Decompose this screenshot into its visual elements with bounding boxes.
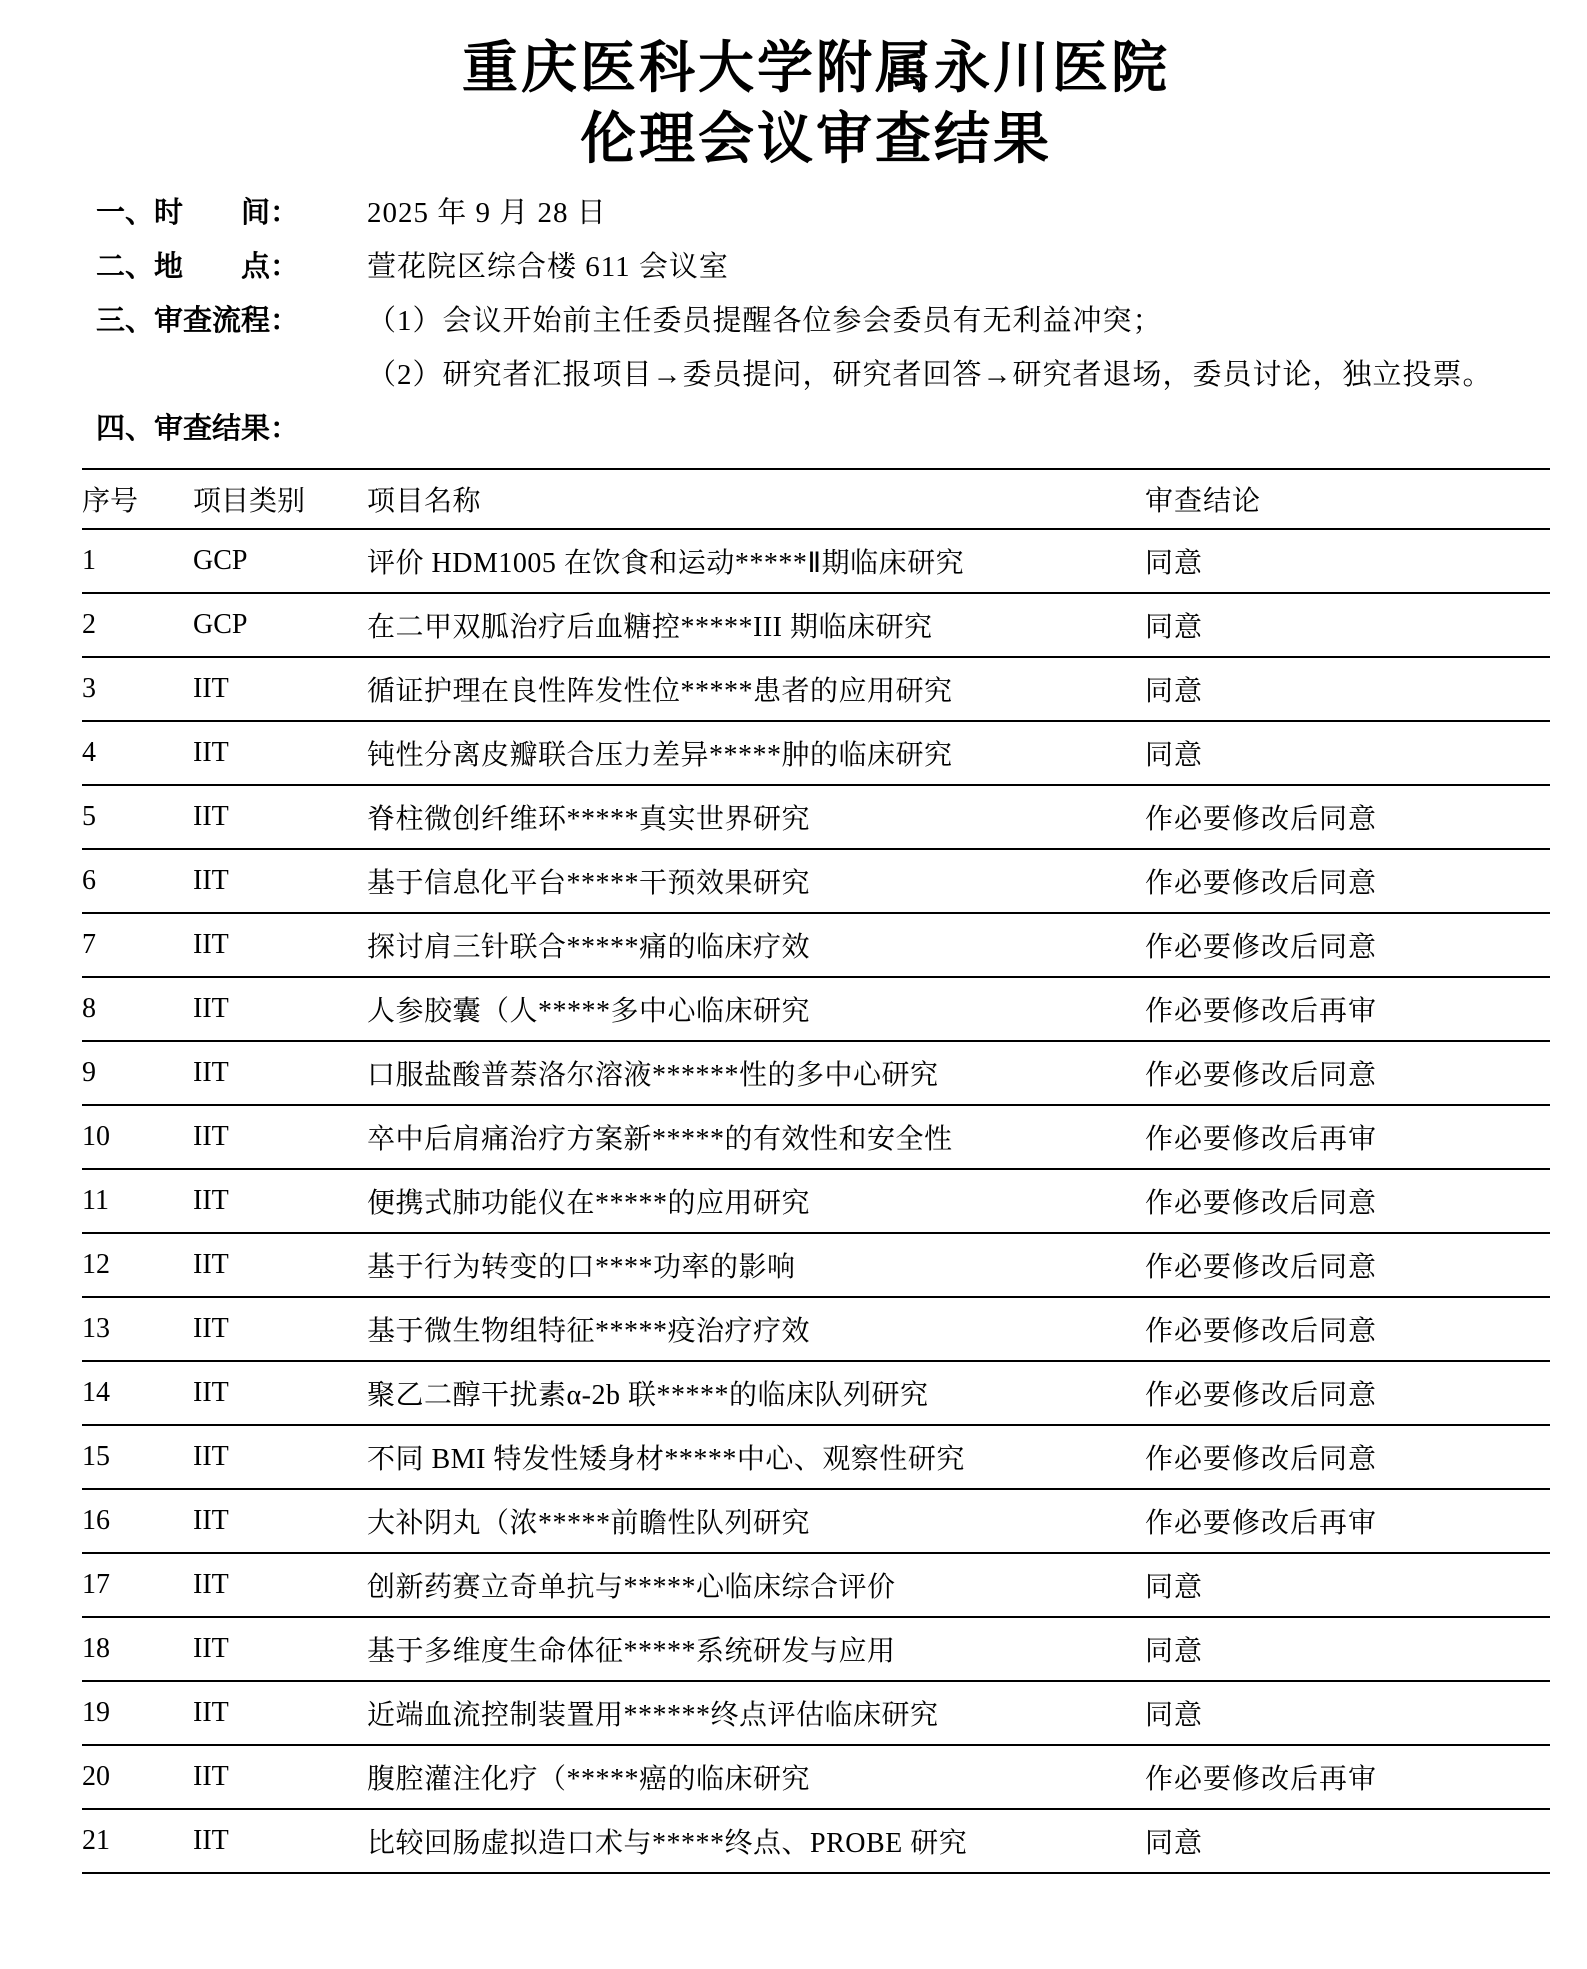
results-table-body: 1GCP评价 HDM1005 在饮食和运动*****Ⅱ期临床研究同意2GCP在二… [82, 529, 1550, 1873]
row-no: 20 [82, 1745, 193, 1809]
row-project-name: 基于信息化平台*****干预效果研究 [367, 849, 1145, 913]
row-no: 9 [82, 1041, 193, 1105]
table-row: 11IIT便携式肺功能仪在*****的应用研究作必要修改后同意 [82, 1169, 1550, 1233]
section-location-value: 萱花院区综合楼 611 会议室 [367, 252, 1550, 282]
table-row: 19IIT近端血流控制装置用******终点评估临床研究同意 [82, 1681, 1550, 1745]
row-no: 14 [82, 1361, 193, 1425]
section-process-value-1: （1）会议开始前主任委员提醒各位参会委员有无利益冲突； [367, 306, 1550, 336]
table-row: 4IIT钝性分离皮瓣联合压力差异*****肿的临床研究同意 [82, 721, 1550, 785]
row-project-name: 聚乙二醇干扰素α-2b 联*****的临床队列研究 [367, 1361, 1145, 1425]
table-row: 8IIT人参胶囊（人*****多中心临床研究作必要修改后再审 [82, 977, 1550, 1041]
row-project-name: 钝性分离皮瓣联合压力差异*****肿的临床研究 [367, 721, 1145, 785]
row-conclusion: 同意 [1145, 529, 1550, 593]
table-row: 12IIT基于行为转变的口****功率的影响作必要修改后同意 [82, 1233, 1550, 1297]
row-conclusion: 作必要修改后同意 [1145, 1169, 1550, 1233]
row-conclusion: 作必要修改后同意 [1145, 1041, 1550, 1105]
row-no: 8 [82, 977, 193, 1041]
table-row: 13IIT基于微生物组特征*****疫治疗疗效作必要修改后同意 [82, 1297, 1550, 1361]
row-conclusion: 同意 [1145, 1681, 1550, 1745]
row-category: IIT [193, 1553, 367, 1617]
row-category: IIT [193, 785, 367, 849]
table-row: 16IIT大补阴丸（浓*****前瞻性队列研究作必要修改后再审 [82, 1489, 1550, 1553]
table-row: 15IIT不同 BMI 特发性矮身材*****中心、观察性研究作必要修改后同意 [82, 1425, 1550, 1489]
row-category: GCP [193, 529, 367, 593]
header-row: 序号 项目类别 项目名称 审查结论 [82, 469, 1550, 529]
row-conclusion: 作必要修改后同意 [1145, 1361, 1550, 1425]
row-no: 16 [82, 1489, 193, 1553]
row-no: 1 [82, 529, 193, 593]
section-location-label: 二、地 点： [96, 252, 367, 282]
table-row: 17IIT创新药赛立奇单抗与*****心临床综合评价同意 [82, 1553, 1550, 1617]
row-conclusion: 作必要修改后同意 [1145, 913, 1550, 977]
row-category: IIT [193, 913, 367, 977]
row-category: IIT [193, 1041, 367, 1105]
title-line-1: 重庆医科大学附属永川医院 [82, 34, 1550, 105]
row-conclusion: 作必要修改后同意 [1145, 1233, 1550, 1297]
section-time-label: 一、时 间： [96, 198, 367, 228]
row-conclusion: 作必要修改后同意 [1145, 1425, 1550, 1489]
row-project-name: 口服盐酸普萘洛尔溶液******性的多中心研究 [367, 1041, 1145, 1105]
row-no: 11 [82, 1169, 193, 1233]
table-row: 10IIT卒中后肩痛治疗方案新*****的有效性和安全性作必要修改后再审 [82, 1105, 1550, 1169]
row-conclusion: 作必要修改后同意 [1145, 785, 1550, 849]
section-results: 四、审查结果： [82, 414, 1550, 444]
row-category: IIT [193, 977, 367, 1041]
row-no: 6 [82, 849, 193, 913]
row-category: IIT [193, 1745, 367, 1809]
row-category: IIT [193, 1425, 367, 1489]
row-project-name: 腹腔灌注化疗（*****癌的临床研究 [367, 1745, 1145, 1809]
header-conclusion: 审查结论 [1145, 469, 1550, 529]
section-results-label: 四、审查结果： [96, 414, 367, 444]
row-project-name: 便携式肺功能仪在*****的应用研究 [367, 1169, 1145, 1233]
row-conclusion: 作必要修改后同意 [1145, 849, 1550, 913]
row-no: 21 [82, 1809, 193, 1873]
row-category: IIT [193, 657, 367, 721]
section-process-value-2: （2）研究者汇报项目→委员提问，研究者回答→研究者退场，委员讨论，独立投票。 [367, 360, 1550, 390]
row-no: 5 [82, 785, 193, 849]
row-project-name: 比较回肠虚拟造口术与*****终点、PROBE 研究 [367, 1809, 1145, 1873]
title-line-2: 伦理会议审查结果 [82, 105, 1550, 176]
table-row: 1GCP评价 HDM1005 在饮食和运动*****Ⅱ期临床研究同意 [82, 529, 1550, 593]
table-row: 2GCP在二甲双胍治疗后血糖控*****III 期临床研究同意 [82, 593, 1550, 657]
row-category: IIT [193, 1233, 367, 1297]
row-no: 12 [82, 1233, 193, 1297]
row-conclusion: 同意 [1145, 721, 1550, 785]
section-time: 一、时 间： 2025 年 9 月 28 日 [82, 198, 1550, 228]
row-category: IIT [193, 1617, 367, 1681]
row-project-name: 不同 BMI 特发性矮身材*****中心、观察性研究 [367, 1425, 1145, 1489]
row-category: GCP [193, 593, 367, 657]
header-no: 序号 [82, 469, 193, 529]
row-conclusion: 同意 [1145, 1617, 1550, 1681]
row-project-name: 近端血流控制装置用******终点评估临床研究 [367, 1681, 1145, 1745]
row-project-name: 大补阴丸（浓*****前瞻性队列研究 [367, 1489, 1145, 1553]
section-location: 二、地 点： 萱花院区综合楼 611 会议室 [82, 252, 1550, 282]
section-time-value: 2025 年 9 月 28 日 [367, 198, 1550, 228]
row-conclusion: 作必要修改后再审 [1145, 1105, 1550, 1169]
table-row: 14IIT聚乙二醇干扰素α-2b 联*****的临床队列研究作必要修改后同意 [82, 1361, 1550, 1425]
table-row: 9IIT口服盐酸普萘洛尔溶液******性的多中心研究作必要修改后同意 [82, 1041, 1550, 1105]
section-process-line-1: 三、审查流程： （1）会议开始前主任委员提醒各位参会委员有无利益冲突； [82, 306, 1550, 336]
row-no: 3 [82, 657, 193, 721]
row-project-name: 基于微生物组特征*****疫治疗疗效 [367, 1297, 1145, 1361]
meta-sections: 一、时 间： 2025 年 9 月 28 日 二、地 点： 萱花院区综合楼 61… [82, 198, 1550, 444]
row-no: 10 [82, 1105, 193, 1169]
row-project-name: 评价 HDM1005 在饮食和运动*****Ⅱ期临床研究 [367, 529, 1145, 593]
row-category: IIT [193, 1169, 367, 1233]
row-conclusion: 作必要修改后同意 [1145, 1297, 1550, 1361]
row-project-name: 基于多维度生命体征*****系统研发与应用 [367, 1617, 1145, 1681]
header-category: 项目类别 [193, 469, 367, 529]
row-category: IIT [193, 1681, 367, 1745]
row-project-name: 卒中后肩痛治疗方案新*****的有效性和安全性 [367, 1105, 1145, 1169]
row-no: 15 [82, 1425, 193, 1489]
table-row: 21IIT比较回肠虚拟造口术与*****终点、PROBE 研究同意 [82, 1809, 1550, 1873]
document-page: 重庆医科大学附属永川医院 伦理会议审查结果 一、时 间： 2025 年 9 月 … [0, 0, 1587, 1969]
row-category: IIT [193, 1297, 367, 1361]
document-title: 重庆医科大学附属永川医院 伦理会议审查结果 [82, 34, 1550, 176]
row-project-name: 循证护理在良性阵发性位*****患者的应用研究 [367, 657, 1145, 721]
row-project-name: 探讨肩三针联合*****痛的临床疗效 [367, 913, 1145, 977]
row-project-name: 在二甲双胍治疗后血糖控*****III 期临床研究 [367, 593, 1145, 657]
row-conclusion: 同意 [1145, 593, 1550, 657]
row-category: IIT [193, 1489, 367, 1553]
row-no: 4 [82, 721, 193, 785]
row-category: IIT [193, 1361, 367, 1425]
row-no: 2 [82, 593, 193, 657]
row-project-name: 基于行为转变的口****功率的影响 [367, 1233, 1145, 1297]
row-project-name: 人参胶囊（人*****多中心临床研究 [367, 977, 1145, 1041]
table-row: 3IIT循证护理在良性阵发性位*****患者的应用研究同意 [82, 657, 1550, 721]
row-category: IIT [193, 1105, 367, 1169]
header-project-name: 项目名称 [367, 469, 1145, 529]
row-conclusion: 同意 [1145, 1553, 1550, 1617]
table-row: 6IIT基于信息化平台*****干预效果研究作必要修改后同意 [82, 849, 1550, 913]
row-conclusion: 作必要修改后再审 [1145, 1745, 1550, 1809]
row-conclusion: 同意 [1145, 657, 1550, 721]
table-row: 7IIT探讨肩三针联合*****痛的临床疗效作必要修改后同意 [82, 913, 1550, 977]
results-table-head: 序号 项目类别 项目名称 审查结论 [82, 469, 1550, 529]
table-row: 18IIT基于多维度生命体征*****系统研发与应用同意 [82, 1617, 1550, 1681]
row-category: IIT [193, 849, 367, 913]
review-results-table: 序号 项目类别 项目名称 审查结论 1GCP评价 HDM1005 在饮食和运动*… [82, 468, 1550, 1874]
row-category: IIT [193, 1809, 367, 1873]
table-row: 5IIT脊柱微创纤维环*****真实世界研究作必要修改后同意 [82, 785, 1550, 849]
row-no: 19 [82, 1681, 193, 1745]
row-conclusion: 同意 [1145, 1809, 1550, 1873]
row-no: 7 [82, 913, 193, 977]
section-process-label: 三、审查流程： [96, 306, 367, 336]
row-category: IIT [193, 721, 367, 785]
row-project-name: 创新药赛立奇单抗与*****心临床综合评价 [367, 1553, 1145, 1617]
row-conclusion: 作必要修改后再审 [1145, 1489, 1550, 1553]
table-row: 20IIT腹腔灌注化疗（*****癌的临床研究作必要修改后再审 [82, 1745, 1550, 1809]
row-no: 17 [82, 1553, 193, 1617]
row-conclusion: 作必要修改后再审 [1145, 977, 1550, 1041]
row-no: 18 [82, 1617, 193, 1681]
section-process-line-2: （2）研究者汇报项目→委员提问，研究者回答→研究者退场，委员讨论，独立投票。 [82, 360, 1550, 390]
row-project-name: 脊柱微创纤维环*****真实世界研究 [367, 785, 1145, 849]
row-no: 13 [82, 1297, 193, 1361]
